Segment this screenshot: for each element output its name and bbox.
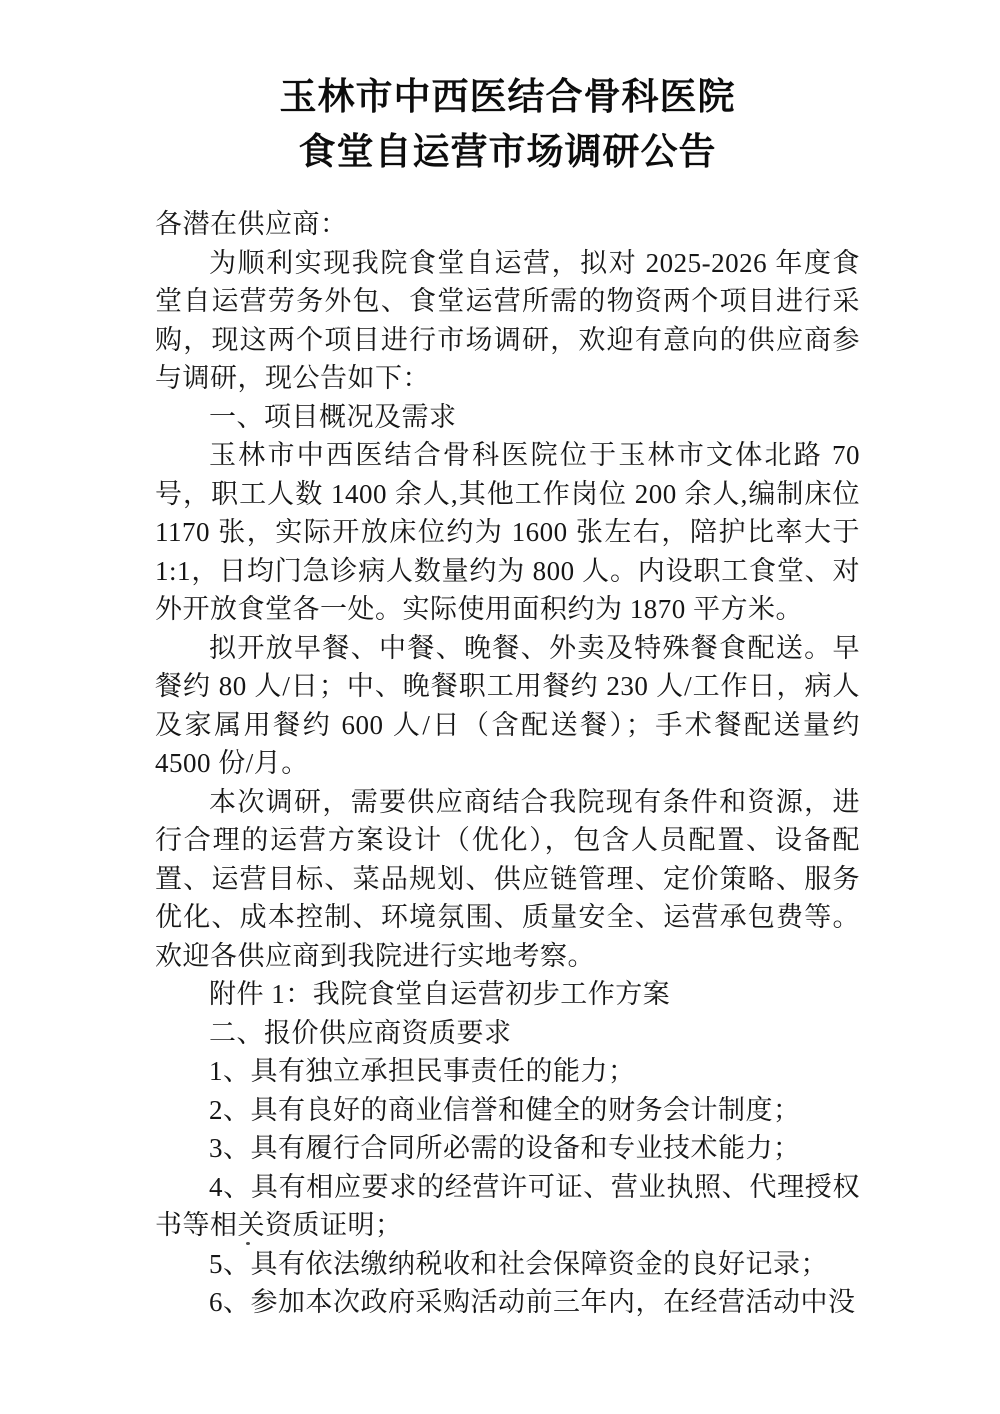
title-line-1: 玉林市中西医结合骨科医院 [155,70,860,125]
paragraph-qualification-5: 5、具有依法缴纳税收和社会保障资金的良好记录； [155,1245,860,1284]
section-2-heading: 二、报价供应商资质要求 [155,1014,860,1053]
paragraph-hospital-overview: 玉林市中西医结合骨科医院位于玉林市文体北路 70 号，职工人数 1400 余人,… [155,436,860,629]
paragraph-qualification-2: 2、具有良好的商业信誉和健全的财务会计制度； [155,1091,860,1130]
paragraph-qualification-4: 4、具有相应要求的经营许可证、营业执照、代理授权书等相关资质证明； [155,1168,860,1245]
paragraph-attachment: 附件 1：我院食堂自运营初步工作方案 [155,975,860,1014]
salutation: 各潜在供应商： [155,205,860,244]
document-page: 玉林市中西医结合骨科医院 食堂自运营市场调研公告 各潜在供应商： 为顺利实现我院… [0,0,1000,1414]
document-title: 玉林市中西医结合骨科医院 食堂自运营市场调研公告 [155,0,860,180]
scan-artifact-dot [246,1242,250,1245]
document-content: 玉林市中西医结合骨科医院 食堂自运营市场调研公告 各潜在供应商： 为顺利实现我院… [155,0,860,1322]
paragraph-qualification-6-partial: 6、参加本次政府采购活动前三年内，在经营活动中没 [155,1283,860,1322]
paragraph-qualification-1: 1、具有独立承担民事责任的能力； [155,1052,860,1091]
paragraph-meal-plan: 拟开放早餐、中餐、晚餐、外卖及特殊餐食配送。早餐约 80 人/日；中、晚餐职工用… [155,629,860,783]
paragraph-survey-requirements: 本次调研，需要供应商结合我院现有条件和资源，进行合理的运营方案设计（优化），包含… [155,783,860,976]
document-body: 各潜在供应商： 为顺利实现我院食堂自运营，拟对 2025-2026 年度食堂自运… [155,205,860,1322]
section-1-heading: 一、项目概况及需求 [155,398,860,437]
paragraph-qualification-3: 3、具有履行合同所必需的设备和专业技术能力； [155,1129,860,1168]
paragraph-intro: 为顺利实现我院食堂自运营，拟对 2025-2026 年度食堂自运营劳务外包、食堂… [155,244,860,398]
title-line-2: 食堂自运营市场调研公告 [155,125,860,180]
